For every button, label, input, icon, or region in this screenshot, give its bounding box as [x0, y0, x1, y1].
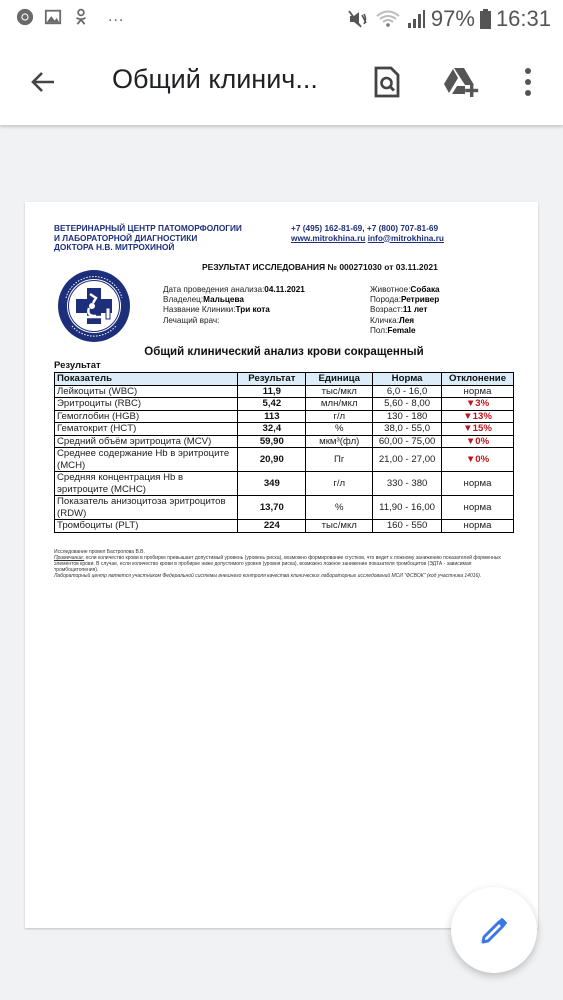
deviation: ▼0%: [442, 448, 514, 472]
gallery-icon: [44, 8, 62, 26]
wifi-icon: [375, 9, 401, 29]
result-value: 113: [238, 410, 306, 423]
info-row-breed: Порода:Ретривер: [370, 295, 440, 305]
results-table: Показатель Результат Единица Норма Откло…: [54, 372, 514, 533]
table-row: Средний объём эритроцита (MCV)59,90мкм³(…: [55, 435, 514, 448]
deviation: ▼15%: [442, 423, 514, 436]
info-row-sex: Пол:Female: [370, 326, 440, 336]
indicator-name: Гематокрит (HCT): [55, 423, 238, 436]
deviation: ▼13%: [442, 410, 514, 423]
info-row-clinic: Название Клиники:Три кота: [163, 305, 305, 315]
deviation: ▼3%: [442, 398, 514, 411]
result-value: 32,4: [238, 423, 306, 436]
find-in-document-button[interactable]: [369, 64, 405, 100]
table-row: Лейкоциты (WBC)11,9тыс/мкл6,0 - 16,0норм…: [55, 385, 514, 398]
report-title: РЕЗУЛЬТАТ ИССЛЕДОВАНИЯ № 000271030 от 03…: [202, 262, 438, 272]
indicator-name: Тромбоциты (PLT): [55, 520, 238, 533]
signal-icon: [406, 9, 426, 29]
table-row: Средняя концентрация Hb в эритроците (MC…: [55, 472, 514, 496]
add-to-drive-icon: [443, 66, 479, 98]
info-row-name: Кличка:Лея: [370, 316, 440, 326]
result-value: 224: [238, 520, 306, 533]
info-row-age: Возраст:11 лет: [370, 305, 440, 315]
battery-icon: [480, 9, 491, 29]
column-header: Отклонение: [442, 373, 514, 386]
column-header: Единица: [306, 373, 373, 386]
clinic-logo-icon: [56, 268, 132, 344]
reference-range: 38,0 - 55,0: [373, 423, 442, 436]
column-header: Показатель: [55, 373, 238, 386]
unit: г/л: [306, 410, 373, 423]
website-link[interactable]: www.mitrokhina.ru: [291, 233, 365, 243]
result-value: 5,42: [238, 398, 306, 411]
mute-icon: [348, 9, 370, 29]
table-header-row: Показатель Результат Единица Норма Откло…: [55, 373, 514, 386]
indicator-name: Средний объём эритроцита (MCV): [55, 435, 238, 448]
more-options-icon: [524, 67, 532, 97]
unit: млн/мкл: [306, 398, 373, 411]
chrome-icon: [16, 8, 34, 26]
deviation: норма: [442, 385, 514, 398]
accreditation: Лабораторный центр является участником Ф…: [54, 574, 514, 580]
clock: 16:31: [496, 6, 551, 32]
reference-range: 60,00 - 75,00: [373, 435, 442, 448]
unit: %: [306, 423, 373, 436]
table-row: Тромбоциты (PLT)224тыс/мкл160 - 550норма: [55, 520, 514, 533]
table-row: Среднее содержание Hb в эритроците (MCH)…: [55, 448, 514, 472]
deviation: ▼0%: [442, 435, 514, 448]
reference-range: 130 - 180: [373, 410, 442, 423]
result-value: 20,90: [238, 448, 306, 472]
back-button[interactable]: [28, 66, 60, 98]
unit: тыс/мкл: [306, 520, 373, 533]
unit: Пг: [306, 448, 373, 472]
document-title: Общий клинич...: [112, 64, 318, 95]
indicator-name: Средняя концентрация Hb в эритроците (MC…: [55, 472, 238, 496]
result-value: 11,9: [238, 385, 306, 398]
info-row-species: Животное:Собака: [370, 285, 440, 295]
report-notes: Исследование провел Бастропова В.В. Прим…: [54, 550, 514, 580]
reference-range: 21,00 - 27,00: [373, 448, 442, 472]
reference-range: 330 - 380: [373, 472, 442, 496]
result-label: Результат: [54, 360, 101, 371]
column-header: Норма: [373, 373, 442, 386]
odnoklassniki-icon: [72, 8, 90, 26]
edit-button[interactable]: [451, 887, 537, 973]
indicator-name: Среднее содержание Hb в эритроците (MCH): [55, 448, 238, 472]
info-row-date: Дата проведения анализа:04.11.2021: [163, 285, 305, 295]
arrow-back-icon: [28, 66, 60, 98]
unit: г/л: [306, 472, 373, 496]
clinic-contacts: +7 (495) 162-81-69, +7 (800) 707-81-69 w…: [291, 224, 444, 243]
document-page[interactable]: ВЕТЕРИНАРНЫЙ ЦЕНТР ПАТОМОРФОЛОГИИ И ЛАБО…: [25, 202, 538, 928]
edit-pencil-icon: [477, 913, 511, 947]
visit-info: Дата проведения анализа:04.11.2021 Владе…: [163, 285, 305, 326]
find-in-document-icon: [373, 66, 401, 98]
result-value: 59,90: [238, 435, 306, 448]
info-row-owner: Владелец:Мальцева: [163, 295, 305, 305]
notification-overflow: ...: [108, 8, 124, 26]
unit: %: [306, 496, 373, 520]
status-bar: ... 97% 16:31: [0, 0, 563, 40]
result-value: 13,70: [238, 496, 306, 520]
note: Примечание: если количество крови в проб…: [54, 556, 514, 574]
more-options-button[interactable]: [510, 64, 546, 100]
app-bar: Общий клинич...: [0, 40, 563, 125]
info-row-doctor: Лечащий врач:: [163, 316, 305, 326]
email-link[interactable]: info@mitrokhina.ru: [368, 233, 444, 243]
table-row: Гемоглобин (HGB)113г/л130 - 180▼13%: [55, 410, 514, 423]
clinic-name: ВЕТЕРИНАРНЫЙ ЦЕНТР ПАТОМОРФОЛОГИИ И ЛАБО…: [54, 224, 284, 253]
note-text: если количество крови в пробирке превыша…: [54, 555, 501, 573]
deviation: норма: [442, 472, 514, 496]
indicator-name: Лейкоциты (WBC): [55, 385, 238, 398]
table-row: Показатель анизоцитоза эритроцитов (RDW)…: [55, 496, 514, 520]
reference-range: 5,60 - 8,00: [373, 398, 442, 411]
deviation: норма: [442, 520, 514, 533]
reference-range: 160 - 550: [373, 520, 442, 533]
table-row: Гематокрит (HCT)32,4%38,0 - 55,0▼15%: [55, 423, 514, 436]
reference-range: 6,0 - 16,0: [373, 385, 442, 398]
indicator-name: Показатель анизоцитоза эритроцитов (RDW): [55, 496, 238, 520]
patient-info: Животное:Собака Порода:Ретривер Возраст:…: [370, 285, 440, 336]
indicator-name: Гемоглобин (HGB): [55, 410, 238, 423]
indicator-name: Эритроциты (RBC): [55, 398, 238, 411]
column-header: Результат: [238, 373, 306, 386]
battery-percent: 97%: [431, 6, 475, 32]
screen: ... 97% 16:31 Общий клинич... ВЕ: [0, 0, 563, 1000]
deviation: норма: [442, 496, 514, 520]
table-row: Эритроциты (RBC)5,42млн/мкл5,60 - 8,00▼3…: [55, 398, 514, 411]
result-value: 349: [238, 472, 306, 496]
analysis-title: Общий клинический анализ крови сокращенн…: [54, 346, 514, 358]
add-to-drive-button[interactable]: [443, 64, 479, 100]
unit: мкм³(фл): [306, 435, 373, 448]
clinic-name-line: ДОКТОРА Н.В. МИТРОХИНОЙ: [54, 243, 284, 253]
reference-range: 11,90 - 16,00: [373, 496, 442, 520]
unit: тыс/мкл: [306, 385, 373, 398]
